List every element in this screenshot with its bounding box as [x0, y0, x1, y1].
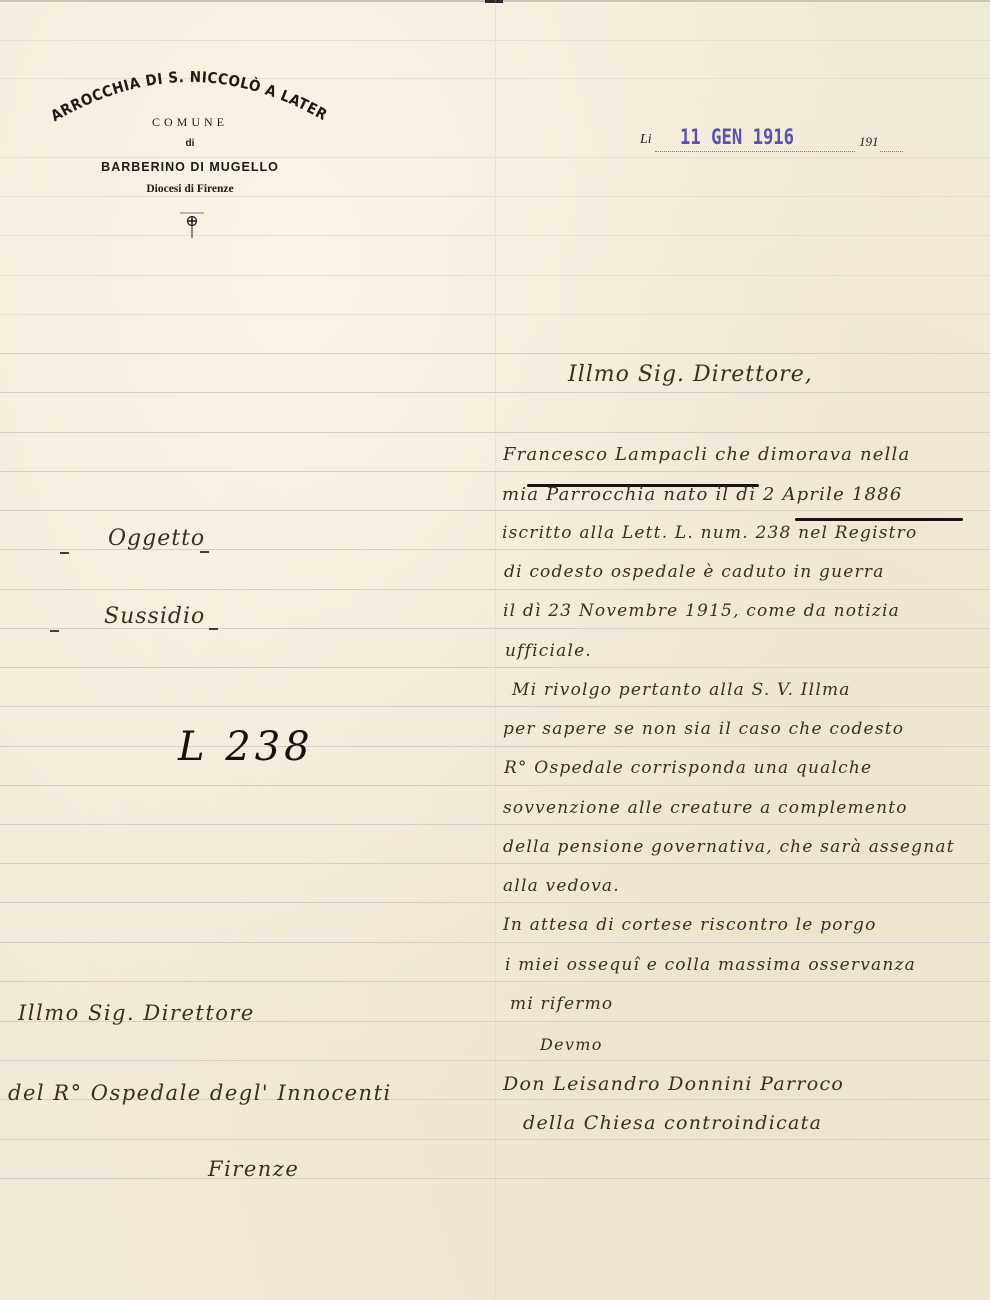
body-line: mi rifermo: [510, 996, 613, 1013]
paper-fold: [495, 0, 496, 1300]
letterhead-di: di: [40, 138, 340, 149]
reference-number: L 238: [178, 727, 314, 767]
body-line: Mi rivolgo pertanto alla S. V. Illma: [512, 682, 851, 699]
body-line: iscritto alla Lett. L. num. 238 nel Regi…: [502, 525, 917, 542]
body-line: il dì 23 Novembre 1915, come da notizia: [503, 603, 900, 620]
dash-mark: [209, 628, 218, 630]
closing: Devmo: [540, 1037, 603, 1053]
salutation: Illmo Sig. Direttore,: [568, 364, 813, 386]
underline-mark: [795, 518, 963, 521]
signature: Don Leisandro Donnini Parroco: [503, 1075, 844, 1094]
oggetto-value: Sussidio: [104, 606, 205, 628]
dash-mark: [200, 551, 209, 553]
body-line: della pensione governativa, che sarà ass…: [503, 839, 955, 856]
letterhead-town: BARBERINO DI MUGELLO: [40, 160, 340, 174]
body-line: alla vedova.: [503, 878, 620, 895]
scan-artifact: [485, 0, 503, 3]
body-line: ufficiale.: [505, 643, 592, 660]
letterhead-diocese: Diocesi di Firenze: [40, 183, 340, 195]
body-line: di codesto ospedale è caduto in guerra: [504, 564, 885, 581]
date-prefix: Li: [640, 132, 652, 148]
oggetto-label: Oggetto: [108, 528, 205, 550]
letter-page: PARROCCHIA DI S. NICCOLÒ A LATERA COMUNE…: [0, 0, 990, 1300]
dash-mark: [50, 630, 59, 632]
recipient-line-2: del R° Ospedale degl' Innocenti: [8, 1083, 392, 1104]
cross-emblem-icon: [180, 210, 204, 244]
date-stamp: 11 GEN 1916: [680, 125, 794, 149]
date-dotted-field: [655, 151, 855, 152]
body-line: mia Parrocchia nato il dì 2 Aprile 1886: [502, 486, 902, 504]
body-line: In attesa di cortese riscontro le porgo: [503, 917, 877, 934]
recipient-line-1: Illmo Sig. Direttore: [18, 1003, 255, 1024]
date-year-dotted-field: [880, 151, 903, 152]
body-line: per sapere se non sia il caso che codest…: [503, 721, 904, 738]
letterhead-comune: COMUNE: [40, 115, 340, 130]
body-line: Francesco Lampacli che dimorava nella: [503, 446, 910, 464]
body-line: R° Ospedale corrisponda una qualche: [504, 760, 872, 777]
date-year-prefix: 191: [859, 134, 879, 150]
signature-title: della Chiesa controindicata: [523, 1114, 822, 1133]
recipient-line-3: Firenze: [208, 1159, 299, 1180]
body-line: i miei ossequî e colla massima osservanz…: [505, 957, 916, 974]
body-line: sovvenzione alle creature a complemento: [503, 800, 908, 817]
dash-mark: [60, 552, 69, 554]
